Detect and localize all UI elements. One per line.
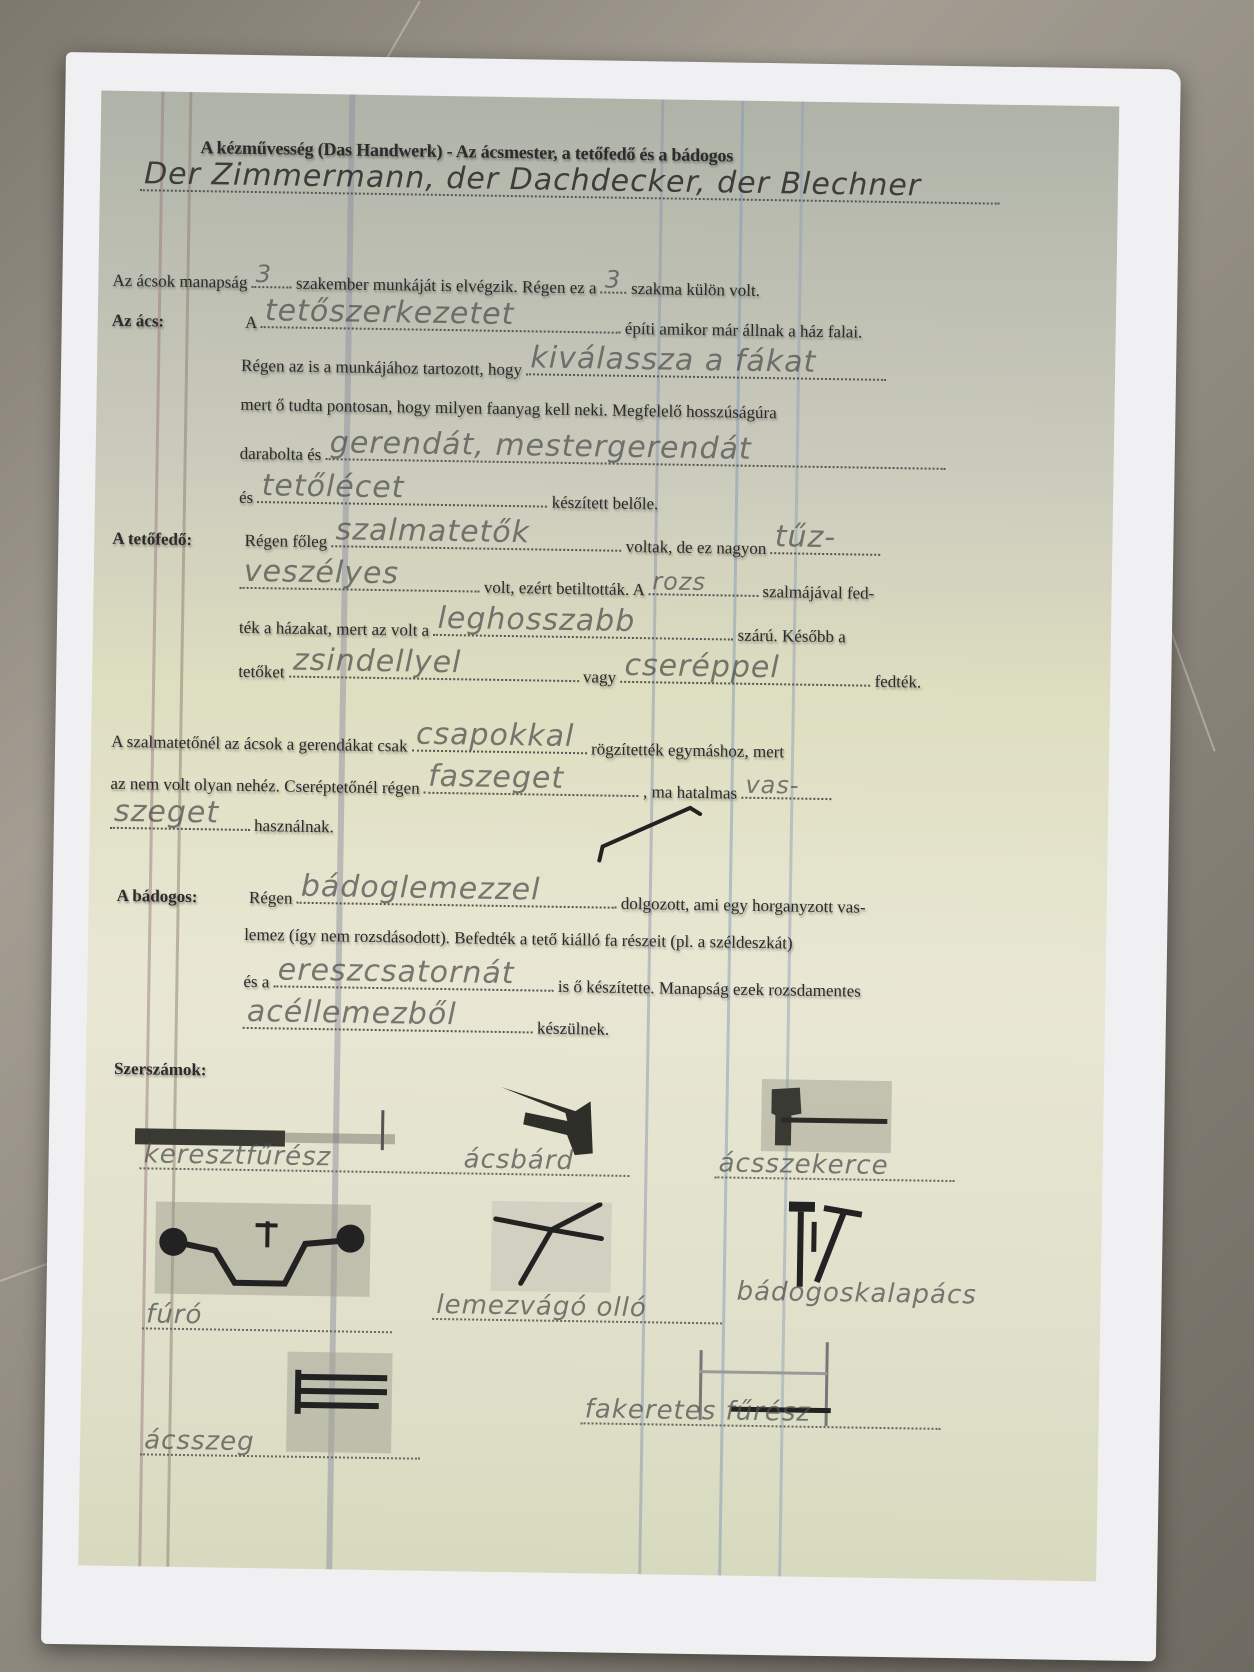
handwritten-answer: bádogoskalapács [736,1277,977,1311]
handwritten-answer: szeget [114,794,220,831]
text: és [239,488,253,507]
badogos-line-4: acéllemezből készülnek. [243,1009,610,1040]
axe-image-box [761,1079,892,1153]
text: és a [243,972,269,991]
stray-pen-mark [594,798,705,870]
tetofedo-line-3: ték a házakat, mert az volt a leghosszab… [239,613,846,648]
tool-label-blank[interactable]: bádogoskalapács [732,1281,1032,1310]
tools-heading: Szerszámok: [114,1059,207,1080]
tin-snips-image-box [491,1201,612,1293]
handwritten-answer: tűz- [774,519,836,555]
answer-blank[interactable]: csapokkal [412,732,587,755]
answer-blank[interactable]: Der Zimmermann, der Dachdecker, der Blec… [140,171,1000,205]
szalma-line-3: szeget használnak. [110,809,334,838]
acs-section: Az ács: A tetőszerkezetet építi amikor m… [112,306,863,343]
text: A [245,313,257,332]
answer-blank[interactable]: zsindellyel [289,658,579,683]
answer-blank[interactable]: 3 [252,268,292,289]
text: készülnek. [537,1019,610,1039]
text: szakma külön volt. [631,279,760,300]
handwritten-answer: ereszcsatornát [278,952,515,991]
text: is ő készítette. Manapság ezek rozsdamen… [558,977,861,1001]
tin-snips-icon [491,1201,612,1293]
printed-area: A kézművesség (Das Handwerk) - Az ácsmes… [78,91,1119,1582]
answer-blank[interactable]: vas- [741,779,831,800]
text: Az ácsok manapság [112,271,247,292]
text: vagy [583,667,616,687]
tool-label-blank[interactable]: ácsszekerce [714,1152,954,1182]
answer-blank[interactable]: szeget [110,809,250,831]
acs-line-2: Régen az is a munkájához tartozott, hogy… [241,351,886,386]
tool-label-blank[interactable]: fúró [142,1303,392,1333]
handwritten-answer: ácsszekerce [718,1148,888,1181]
tool-label-blank[interactable]: lemezvágó olló [432,1294,722,1325]
text: darabolta és [240,444,322,464]
text: építi amikor már állnak a ház falai. [625,319,863,342]
handwritten-answer: ácsszeg [144,1425,255,1457]
handwritten-answer: gerendát, mestergerendát [330,425,752,467]
badogos-section: A bádogos: Régen bádoglemezzel dolgozott… [117,881,866,918]
title-answer-line: Der Zimmermann, der Dachdecker, der Blec… [140,171,1000,210]
axe-icon [761,1079,892,1153]
text: Régen az is a munkájához tartozott, hogy [241,356,522,379]
handwritten-answer: fakeretes fűrész [585,1394,812,1428]
text: készített belőle. [552,493,659,514]
handwritten-answer: szalmatetők [335,512,530,550]
worksheet-content: A kézművesség (Das Handwerk) - Az ácsmes… [78,91,1119,1582]
handwritten-answer: rozs [652,567,706,596]
answer-blank[interactable]: szalmatetők [331,527,621,552]
handwritten-answer: acéllemezből [247,994,457,1032]
answer-blank[interactable]: tetőszerkezetet [261,308,621,334]
handwritten-answer: vas- [745,771,800,800]
answer-blank[interactable]: faszeget [424,774,639,797]
handwritten-answer: zsindellyel [293,643,462,681]
answer-blank[interactable]: tetőlécet [257,483,547,508]
acs-line-3: mert ő tudta pontosan, hogy milyen faany… [240,395,777,423]
acs-line-5: és tetőlécet készített belőle. [239,483,659,515]
hand-drill-image-box [155,1202,371,1297]
worksheet-paper: A kézművesség (Das Handwerk) - Az ácsmes… [41,52,1181,1661]
handwritten-answer: keresztfűrész [143,1139,331,1172]
text: A szalmatetőnél az ácsok a gerendákat cs… [111,732,408,756]
text: rögzítették egymáshoz, mert [591,739,784,761]
badogos-line-2: lemez (így nem rozsdásodott). Befedték a… [244,925,793,954]
handwritten-answer: 3 [605,265,622,293]
tool-label-blank[interactable]: fakeretes fűrész [581,1398,941,1430]
handwritten-answer: kiválassza a fákat [530,340,816,379]
handwritten-answer: ácsbárd [463,1144,574,1176]
answer-blank[interactable]: kiválassza a fákat [526,355,886,381]
section-label: A bádogos: [117,886,245,908]
tool-label-blank[interactable]: ácsbárd [459,1148,649,1175]
hand-drill-icon [155,1202,371,1297]
text: volt, ezért betiltották. A [484,578,644,600]
tool-label-blank[interactable]: ácsszeg [140,1429,420,1459]
answer-blank[interactable]: ereszcsatornát [274,967,554,991]
handwritten-answer: leghosszabb [437,601,635,639]
handwritten-answer: fúró [146,1299,203,1330]
answer-blank[interactable]: 3 [601,273,627,293]
text: használnak. [254,816,334,836]
answer-blank[interactable]: veszélyes [240,569,480,593]
answer-blank[interactable]: acéllemezből [243,1009,533,1034]
answer-blank[interactable]: gerendát, mestergerendát [326,440,946,470]
answer-blank[interactable]: bádoglemezzel [297,884,617,909]
handwritten-answer: tetőlécet [261,468,404,505]
handwritten-answer: csapokkal [416,717,575,754]
handwritten-answer: faszeget [428,759,565,796]
handwritten-answer: tetőszerkezetet [265,293,515,332]
text: voltak, de ez nagyon [626,537,767,558]
answer-blank[interactable]: cseréppel [620,663,870,687]
answer-blank[interactable]: rozs [648,575,758,597]
handwritten-answer: cseréppel [624,648,780,685]
szalma-line-1: A szalmatetőnél az ácsok a gerendákat cs… [111,727,784,763]
handwritten-answer: 3 [256,260,273,288]
section-label: Az ács: [112,311,242,333]
tetofedo-section: A tetőfedő: Régen főleg szalmatetők volt… [112,524,881,561]
tetofedo-line-4: tetőket zsindellyel vagy cseréppel fedté… [238,657,921,693]
handwritten-answer: lemezvágó olló [436,1290,647,1323]
handwritten-answer: bádoglemezzel [301,869,541,908]
handwritten-answer: veszélyes [244,554,400,591]
text: szárú. Később a [737,626,845,647]
text: dolgozott, ami egy horganyzott vas- [621,894,866,917]
tetofedo-line-2: veszélyes volt, ezért betiltották. A roz… [240,569,875,604]
text: Régen [249,888,293,908]
text: ték a házakat, mert az volt a [239,618,429,640]
section-label: A tetőfedő: [112,529,240,551]
handwritten-answer: Der Zimmermann, der Dachdecker, der Blec… [144,156,922,203]
answer-blank[interactable]: leghosszabb [433,616,733,641]
text: fedték. [874,672,921,692]
text: szalmájával fed- [762,582,874,603]
text: Régen főleg [244,531,327,551]
answer-blank[interactable]: tűz- [770,534,880,556]
text: tetőket [238,662,285,682]
